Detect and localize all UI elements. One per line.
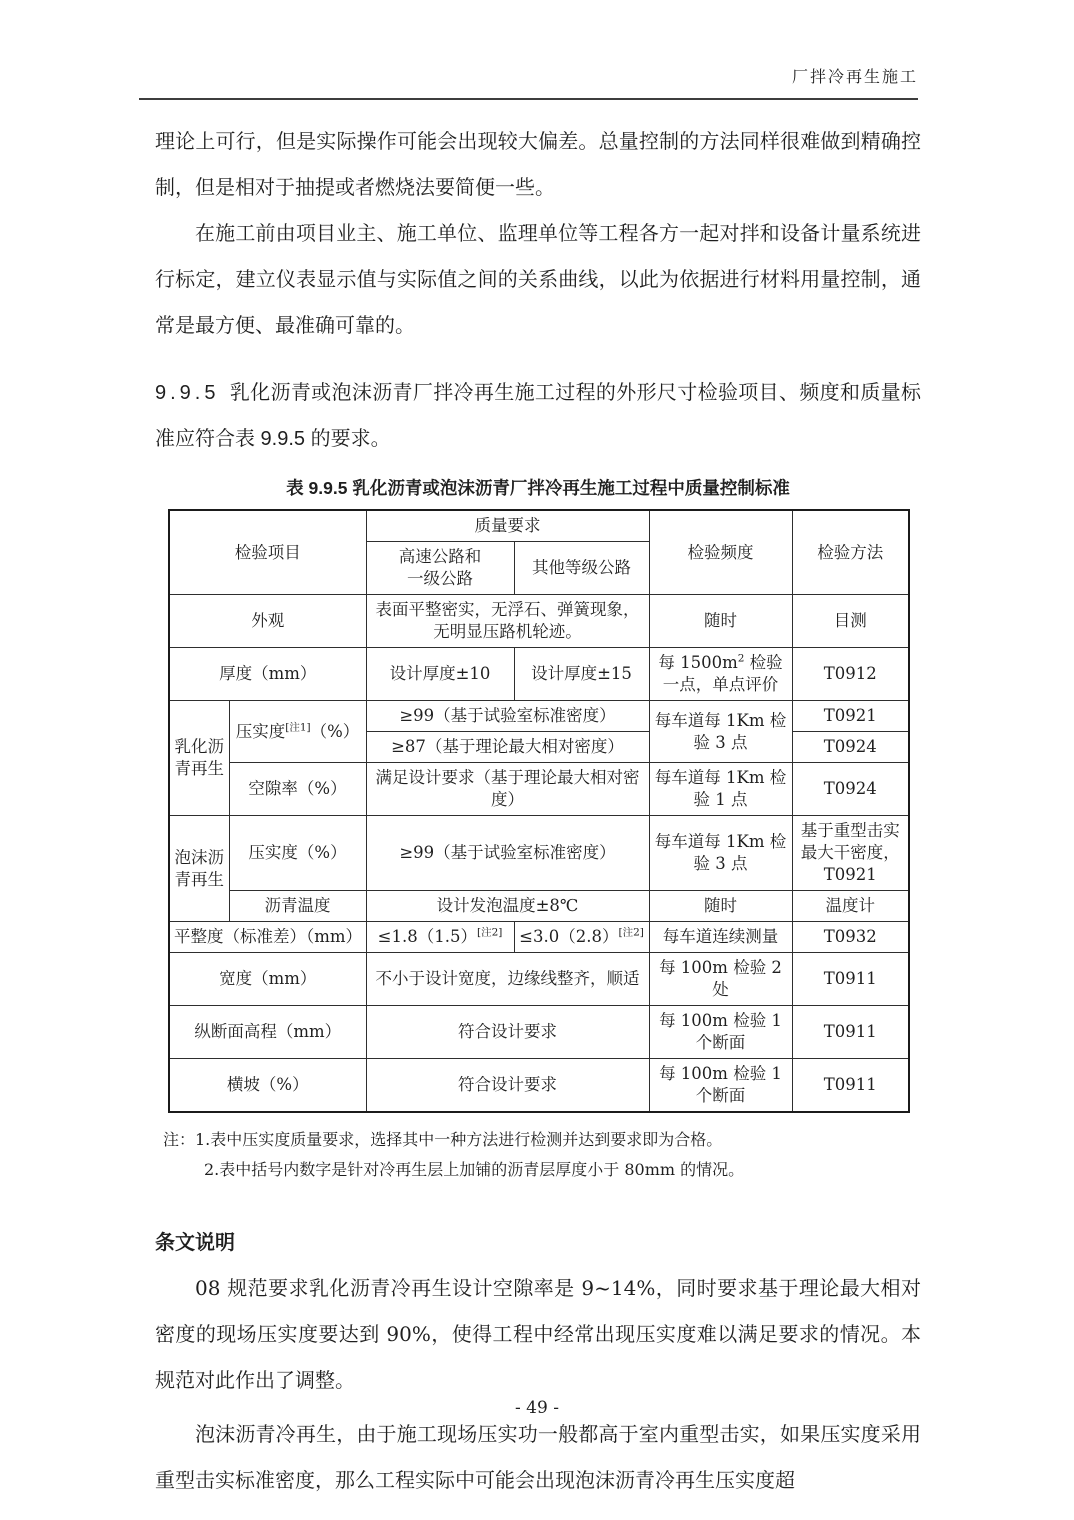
cell-quality: 符合设计要求 (366, 1059, 649, 1113)
cell-quality-highway: 设计厚度±10 (366, 648, 514, 701)
cell-quality-other: ≤3.0（2.8）[注2] (514, 922, 649, 953)
cell-quality: 设计发泡温度±8℃ (366, 891, 649, 922)
cell-group-emulsified: 乳化沥青再生 (169, 701, 229, 816)
table-note-1: 注：1.表中压实度质量要求，选择其中一种方法进行检测并达到要求即为合格。 (163, 1125, 921, 1155)
table-title: 表 9.9.5 乳化沥青或泡沫沥青厂拌冷再生施工过程中质量控制标准 (155, 476, 921, 500)
header-cell-item: 检验项目 (169, 510, 366, 595)
table-note-2: 2.表中括号内数字是针对冷再生层上加铺的沥青层厚度小于 80mm 的情况。 (204, 1155, 921, 1185)
running-header: 厂拌冷再生施工 (139, 64, 918, 100)
cell-method: T0924 (792, 732, 909, 763)
table-row: 纵断面高程（mm） 符合设计要求 每 100m 检验 1 个断面 T0911 (169, 1006, 909, 1059)
cell-method: 温度计 (792, 891, 909, 922)
header-cell-quality: 质量要求 (366, 510, 649, 542)
cell-item: 厚度（mm） (169, 648, 366, 701)
clause-number: 9.9.5 (155, 382, 219, 404)
cell-frequency: 每车道每 1Km 检验 3 点 (649, 701, 792, 763)
table-row: 空隙率（%） 满足设计要求（基于理论最大相对密度） 每车道每 1Km 检验 1 … (169, 763, 909, 816)
header-cell-frequency: 检验频度 (649, 510, 792, 595)
cell-quality: 满足设计要求（基于理论最大相对密度） (366, 763, 649, 816)
header-cell-method: 检验方法 (792, 510, 909, 595)
cell-group-foamed: 泡沫沥青再生 (169, 816, 229, 922)
cell-method: T0911 (792, 1006, 909, 1059)
cell-frequency: 每车道连续测量 (649, 922, 792, 953)
cell-item: 宽度（mm） (169, 953, 366, 1006)
cell-method: T0921 (792, 701, 909, 732)
cell-frequency: 每 100m 检验 1 个断面 (649, 1006, 792, 1059)
table-row: 平整度（标准差）（mm） ≤1.8（1.5）[注2] ≤3.0（2.8）[注2]… (169, 922, 909, 953)
cell-item: 纵断面高程（mm） (169, 1006, 366, 1059)
cell-quality-other: 设计厚度±15 (514, 648, 649, 701)
table-row: 外观 表面平整密实，无浮石、弹簧现象，无明显压路机轮迹。 随时 目测 (169, 595, 909, 648)
cell-frequency: 随时 (649, 595, 792, 648)
superscript: [注2] (477, 927, 502, 939)
cell-method: T0924 (792, 763, 909, 816)
cell-quality: 表面平整密实，无浮石、弹簧现象，无明显压路机轮迹。 (366, 595, 649, 648)
frequency-text: 每 1500m (658, 653, 737, 672)
table-row: 乳化沥青再生 压实度[注1]（%） ≥99（基于试验室标准密度） 每车道每 1K… (169, 701, 909, 732)
clause-text: 乳化沥青或泡沫沥青厂拌冷再生施工过程的外形尺寸检验项目、频度和质量标准应符合表 … (155, 382, 921, 450)
cell-quality: 符合设计要求 (366, 1006, 649, 1059)
body-paragraph: 在施工前由项目业主、施工单位、监理单位等工程各方一起对拌和设备计量系统进行标定，… (155, 210, 921, 348)
cell-item: 空隙率（%） (229, 763, 366, 816)
cell-method: 目测 (792, 595, 909, 648)
cell-item: 横坡（%） (169, 1059, 366, 1113)
commentary-section: 条文说明 08 规范要求乳化沥青冷再生设计空隙率是 9~14%，同时要求基于理论… (155, 1229, 921, 1503)
quality-standards-table: 检验项目 质量要求 检验频度 检验方法 高速公路和 一级公路 其他等级公路 外观 (168, 509, 910, 1113)
cell-method: T0911 (792, 1059, 909, 1113)
commentary-paragraph: 泡沫沥青冷再生，由于施工现场压实功一般都高于室内重型击实，如果压实度采用重型击实… (155, 1411, 921, 1503)
cell-quality-highway: ≤1.8（1.5）[注2] (366, 922, 514, 953)
cell-item: 压实度[注1]（%） (229, 701, 366, 763)
body-paragraph: 理论上可行，但是实际操作可能会出现较大偏差。总量控制的方法同样很难做到精确控制，… (155, 118, 921, 210)
table-row: 横坡（%） 符合设计要求 每 100m 检验 1 个断面 T0911 (169, 1059, 909, 1113)
table-header-row: 检验项目 质量要求 检验频度 检验方法 (169, 510, 909, 542)
cell-item: 沥青温度 (229, 891, 366, 922)
quality-text: ≤1.8（1.5） (378, 927, 477, 946)
cell-item: 外观 (169, 595, 366, 648)
cell-frequency: 每 1500m2 检验一点，单点评价 (649, 648, 792, 701)
header-highway-line1: 高速公路和 (371, 546, 510, 568)
table-row: 宽度（mm） 不小于设计宽度，边缘线整齐，顺适 每 100m 检验 2 处 T0… (169, 953, 909, 1006)
page-content: 理论上可行，但是实际操作可能会出现较大偏差。总量控制的方法同样很难做到精确控制，… (155, 118, 921, 1503)
commentary-heading: 条文说明 (155, 1229, 921, 1257)
document-page: 厂拌冷再生施工 理论上可行，但是实际操作可能会出现较大偏差。总量控制的方法同样很… (0, 0, 1074, 1520)
table-row: 沥青温度 设计发泡温度±8℃ 随时 温度计 (169, 891, 909, 922)
table-notes: 注：1.表中压实度质量要求，选择其中一种方法进行检测并达到要求即为合格。 2.表… (163, 1125, 921, 1185)
header-cell-other-roads: 其他等级公路 (514, 542, 649, 595)
cell-frequency: 每 100m 检验 2 处 (649, 953, 792, 1006)
quality-text: ≤3.0（2.8） (519, 927, 618, 946)
superscript: [注1] (285, 721, 310, 733)
item-text: 压实度 (236, 722, 286, 741)
cell-frequency: 每车道每 1Km 检验 3 点 (649, 816, 792, 891)
cell-item: 平整度（标准差）（mm） (169, 922, 366, 953)
cell-quality: ≥99（基于试验室标准密度） (366, 816, 649, 891)
superscript: [注2] (618, 927, 643, 939)
cell-method: T0911 (792, 953, 909, 1006)
header-cell-highway: 高速公路和 一级公路 (366, 542, 514, 595)
running-header-title: 厂拌冷再生施工 (792, 67, 918, 86)
cell-method: T0912 (792, 648, 909, 701)
clause-heading: 9.9.5乳化沥青或泡沫沥青厂拌冷再生施工过程的外形尺寸检验项目、频度和质量标准… (155, 370, 921, 462)
cell-method: T0932 (792, 922, 909, 953)
page-number: - 49 - (0, 1398, 1074, 1418)
cell-quality: ≥99（基于试验室标准密度） (366, 701, 649, 732)
cell-method: 基于重型击实最大干密度，T0921 (792, 816, 909, 891)
commentary-paragraph: 08 规范要求乳化沥青冷再生设计空隙率是 9~14%，同时要求基于理论最大相对密… (155, 1265, 921, 1403)
table-row: 泡沫沥青再生 压实度（%） ≥99（基于试验室标准密度） 每车道每 1Km 检验… (169, 816, 909, 891)
cell-item: 压实度（%） (229, 816, 366, 891)
cell-frequency: 随时 (649, 891, 792, 922)
cell-frequency: 每 100m 检验 1 个断面 (649, 1059, 792, 1113)
cell-quality: 不小于设计宽度，边缘线整齐，顺适 (366, 953, 649, 1006)
item-unit: （%） (311, 722, 360, 741)
cell-quality: ≥87（基于理论最大相对密度） (366, 732, 649, 763)
table-row: 厚度（mm） 设计厚度±10 设计厚度±15 每 1500m2 检验一点，单点评… (169, 648, 909, 701)
cell-frequency: 每车道每 1Km 检验 1 点 (649, 763, 792, 816)
header-highway-line2: 一级公路 (371, 568, 510, 590)
